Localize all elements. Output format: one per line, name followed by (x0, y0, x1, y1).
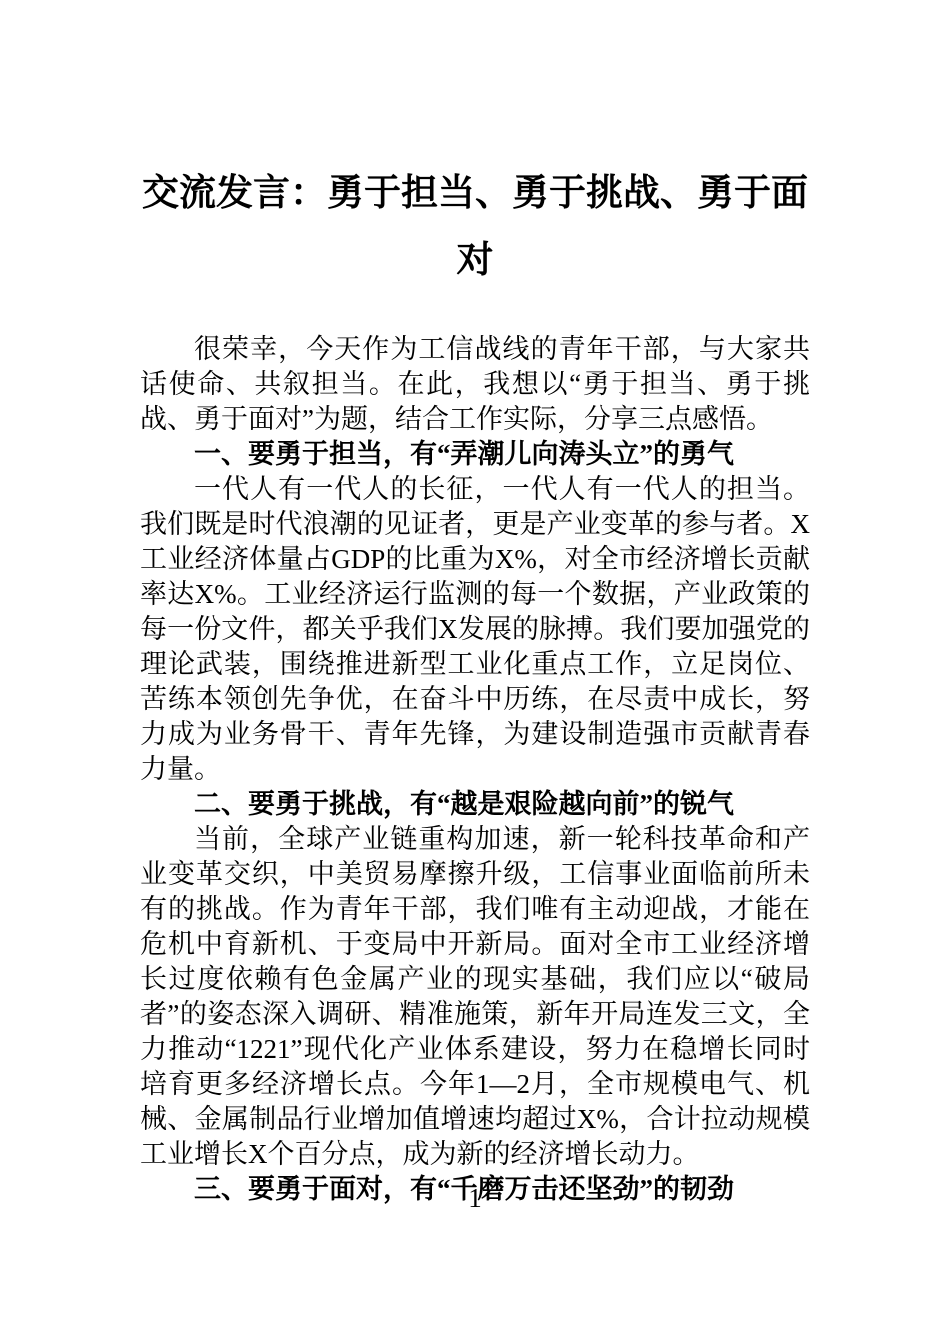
document-page: 交流发言：勇于担当、勇于挑战、勇于面 对 很荣幸，今天作为工信战线的青年干部，与… (0, 0, 950, 1344)
paragraph-section-1: 一代人有一代人的长征，一代人有一代人的担当。我们既是时代浪潮的见证者，更是产业变… (140, 472, 810, 787)
section-heading-2: 二、要勇于挑战，有“越是艰险越向前”的锐气 (140, 787, 810, 822)
document-title-line-1: 交流发言：勇于担当、勇于挑战、勇于面 (137, 160, 813, 227)
document-body: 很荣幸，今天作为工信战线的青年干部，与大家共话使命、共叙担当。在此，我想以“勇于… (140, 332, 810, 1207)
paragraph-section-2: 当前，全球产业链重构加速，新一轮科技革命和产业变革交织，中美贸易摩擦升级，工信事… (140, 822, 810, 1172)
page-number: 1 (0, 1183, 950, 1213)
document-title-line-2: 对 (137, 227, 813, 294)
document-title: 交流发言：勇于担当、勇于挑战、勇于面 对 (137, 160, 813, 294)
section-heading-1: 一、要勇于担当，有“弄潮儿向涛头立”的勇气 (140, 437, 810, 472)
paragraph-intro: 很荣幸，今天作为工信战线的青年干部，与大家共话使命、共叙担当。在此，我想以“勇于… (140, 332, 810, 437)
